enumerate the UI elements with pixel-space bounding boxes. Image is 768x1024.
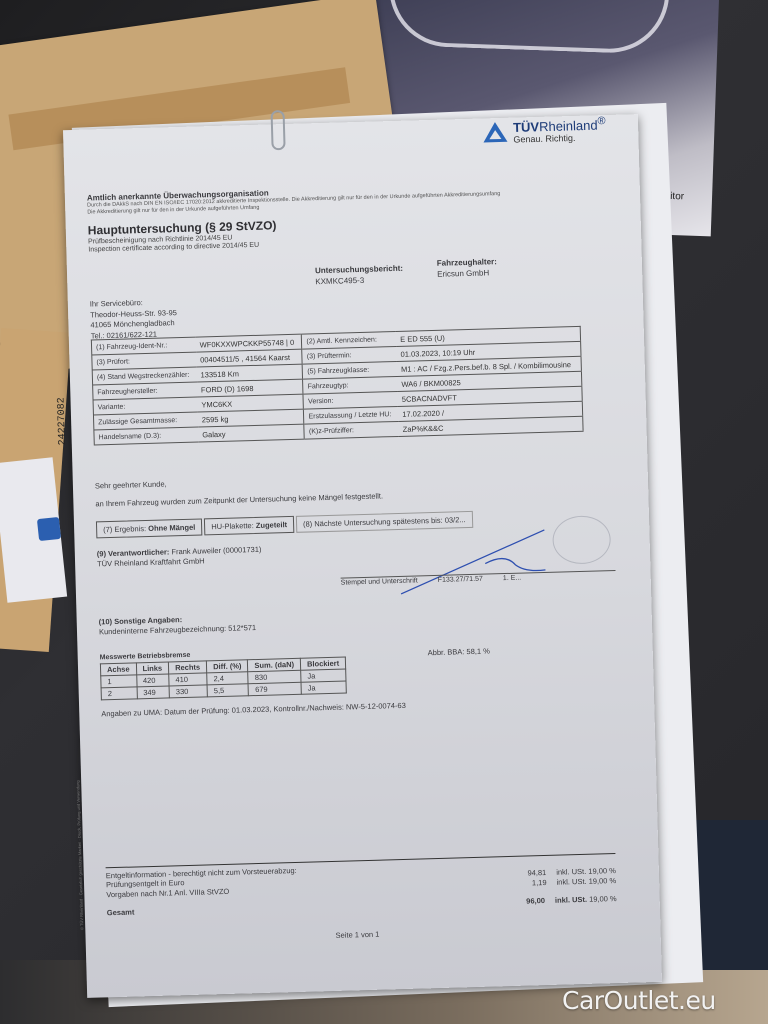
brake-cell: 679 xyxy=(248,682,301,695)
tuv-slogan: Genau. Richtig. xyxy=(513,132,606,145)
result-cell: (7) Ergebnis: Ohne Mängel xyxy=(96,518,203,538)
brake-column-header: Achse xyxy=(100,663,136,676)
result-sentence: an Ihrem Fahrzeug wurden zum Zeitpunkt d… xyxy=(95,491,383,508)
brake-cell: 349 xyxy=(137,686,170,699)
brake-cell: 5,5 xyxy=(207,684,249,697)
vehicle-holder: Fahrzeughalter: Ericsun GmbH xyxy=(437,256,498,280)
other-information: (10) Sonstige Angaben: Kundeninterne Fah… xyxy=(99,613,257,637)
brake-deceleration: Abbr. BBA: 58,1 % xyxy=(428,646,490,657)
brake-cell: Ja xyxy=(301,681,346,694)
uma-info: Angaben zu UMA: Datum der Prüfung: 01.03… xyxy=(101,701,406,719)
brake-column-header: Rechts xyxy=(168,661,206,674)
page-number: Seite 1 von 1 xyxy=(335,930,379,940)
brake-cell: 410 xyxy=(169,673,207,686)
tuv-brand: TÜVRheinland® xyxy=(513,115,606,135)
inspection-certificate: 24227082 © TÜV Rheinland · Gesetzlich ge… xyxy=(63,114,662,998)
magazine-road-graphic xyxy=(387,0,669,55)
fee-label: Vorgaben nach Nr.1 Anl. VIIIa StVZO xyxy=(106,887,229,900)
fee-amount: 1,19 xyxy=(506,878,546,889)
fee-tax: inkl. USt. 19,00 % xyxy=(556,876,616,888)
vehicle-data-table: (1) Fahrzeug-Ident-Nr.:WF0KXXWPCKKP55748… xyxy=(91,326,584,446)
document-subtitle: Prüfbescheinigung nach Richtlinie 2014/4… xyxy=(88,234,259,255)
brake-measurements-table: AchseLinksRechtsDiff. (%)Sum. (daN)Block… xyxy=(100,657,347,701)
brake-cell: 330 xyxy=(169,685,207,698)
greeting: Sehr geehrter Kunde, xyxy=(95,479,167,490)
responsible-inspector: (9) Verantwortlicher: Frank Auweiler (00… xyxy=(97,545,262,570)
side-serial-number: 24227082 xyxy=(56,397,68,445)
plakette-cell: HU-Plakette: Zugeteilt xyxy=(204,516,294,536)
signature xyxy=(394,522,556,596)
report-number: Untersuchungsbericht: KXMKC495-3 xyxy=(315,263,404,287)
official-stamp xyxy=(552,515,611,565)
brake-cell: 2 xyxy=(101,687,137,700)
brake-column-header: Links xyxy=(136,662,169,675)
brake-cell: 1 xyxy=(101,675,137,688)
paperclip-icon xyxy=(271,110,286,150)
vehicle-field-label: Handelsname (D.3): xyxy=(94,427,199,445)
tuv-triangle-icon xyxy=(483,121,508,142)
fee-information: Entgeltinformation - berechtigt nicht zu… xyxy=(106,853,617,918)
vehicle-field-value: Galaxy xyxy=(198,424,305,442)
brake-title: Messwerte Betriebsbremse xyxy=(100,652,191,662)
accreditation-header: Amtlich anerkannte Überwachungsorganisat… xyxy=(87,179,607,217)
brake-cell: 420 xyxy=(136,674,169,687)
paper-blue-mark xyxy=(37,517,61,541)
tuv-logo: TÜVRheinland® Genau. Richtig. xyxy=(483,115,606,146)
caroutlet-watermark: CarOutlet.eu xyxy=(562,986,716,1015)
vehicle-field-label: (K)z-Prüfziffer: xyxy=(304,421,399,439)
service-office: Ihr Servicebüro: Theodor-Heuss-Str. 93-9… xyxy=(90,297,178,341)
